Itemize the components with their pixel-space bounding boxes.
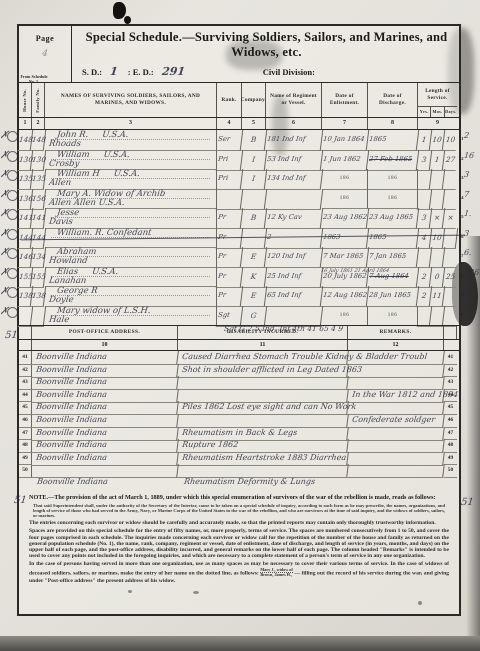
regiment-value: 181 Ind Inf [265,130,324,151]
district-line: S. D.: 1 : E. D.: 291 Civil Division: [82,65,451,77]
post-office-address: Boonville Indiana [31,414,179,428]
stamp-circle [7,248,18,259]
stamp-circle [7,190,18,201]
remarks-value [347,376,445,390]
widow-example: Mary J., widow of Brown, James H., [260,568,292,578]
scan-edge-shadow [466,236,480,646]
page-label: Page [36,34,54,43]
col-header-address: POST-OFFICE ADDRESS. [32,326,178,339]
rank-value: Pri [216,150,244,171]
enlistment-value: 1863 [321,228,370,249]
post-office-address: Boonville Indiana [31,376,179,390]
upper-col-number-3: 3 [45,118,217,129]
row-number-right: 49 [444,452,457,466]
discharge-value: 28 Jun 1865 [367,286,420,307]
stamp-circle [7,151,18,162]
company-value: G [241,306,268,327]
table-row-43: 135135William HU.S.A.AllenPriI134 Ind In… [19,169,459,189]
family-number: 156 [31,189,47,210]
disability-incurred: Piles 1862 Lost eye sight and can No Wor… [177,401,349,415]
row-number-left: 43 [19,376,32,390]
enlistment-value: 186 [322,189,368,210]
family-number: 148 [31,130,47,151]
name-line2: Rhoads [48,139,81,149]
lower-table-rows: 41Boonville IndianaCaused Diarrhea Stoma… [19,351,459,477]
right-margin-row-41: 412 [459,128,480,148]
stamp-circle [7,209,18,220]
lower-table-row-43: 43Boonville Indiana43 [19,376,459,389]
name-line2: Allen Allen U.S.A. [48,198,125,208]
company-value: E [241,286,268,307]
stamp-circle [7,229,18,240]
row-number-left: 49 [19,452,32,466]
table-row-48: 155155EliasU.S.A.LanahanPrK25 Ind Inf20 … [19,267,459,287]
footnote-section: NOTE.—The provision of the act of March … [19,491,459,584]
name-cell: William HU.S.A.Allen [45,169,217,190]
name-unit: U.S.A. [103,150,130,160]
left-margin-mark-42: ✗ [0,148,18,168]
right-margin-row-42: 4216 [459,148,480,168]
col-header-names: NAMES OF SURVIVING SOLDIERS, SAILORS, AN… [45,83,217,117]
lower-table-header: POST-OFFICE ADDRESS. DISABILITY INCURRED… [19,325,459,340]
name-cell: Mary widow of L.S.H.Hale [45,306,217,327]
document-title: Special Schedule.—Surviving Soldiers, Sa… [82,30,451,60]
stamp-circle [7,170,18,181]
service-days [443,306,459,327]
service-days [443,169,459,190]
row-number-left: 46 [19,414,32,428]
left-margin-mark-46: ✗ [0,226,18,246]
handwritten-51-lower-right: 51 [460,497,474,508]
lower-table-row-42: 42Boonville IndianaShot in shoulder affl… [19,364,459,377]
lower-col-number-12: 12 [348,340,444,350]
table-row-42: 130130WilliamU.S.A.CrosbyPriI53 Ind Inf1… [19,150,459,170]
extra-handwritten-row: Boonville Indiana Rheumatism Deformity &… [19,477,459,491]
left-margin-marks: ✗✗✗✗✗✗✗✗✗✗ [0,128,18,323]
header-band: Page 4 Special Schedule.—Surviving Soldi… [19,26,459,83]
discharge-value: 186 [368,306,418,327]
left-margin-mark-45: ✗ [0,206,18,226]
margin-note: 3 [463,170,469,179]
col-header-remarks: REMARKS. [348,326,444,339]
margin-note: 7 [463,190,469,199]
table-row-49: 138138George RDoylePrE65 Ind Inf12 Aug 1… [19,286,459,306]
name-line1: WilliamU.S.A. [56,150,130,160]
family-number: 141 [31,208,47,229]
lower-table-row-44: 44Boonville IndianaIn the War 1812 and 1… [19,389,459,402]
service-days: × [443,208,459,229]
lower-corner-left [19,326,32,339]
remarks-value [347,351,445,365]
regiment-value [265,189,324,210]
margin-note: 1. [463,209,472,218]
name-cell: JesseDavis [45,208,217,229]
post-office-address: Boonville Indiana [31,401,179,415]
lower-table-row-50: 5050 [19,464,459,477]
rank-value: Pr [216,286,244,307]
company-value [241,189,268,210]
service-days: 27 [443,150,459,171]
upper-col-number-9: 9 [418,118,457,129]
upper-col-number-1: 1 [19,118,32,129]
remarks-value [347,439,445,453]
sd-label: S. D.: [82,67,102,77]
upper-table-rows: 148148John R.U.S.A.RhoadsSerB181 Ind Inf… [19,130,459,325]
family-number: 155 [31,267,47,288]
upper-col-number-2: 2 [32,118,45,129]
regiment-value: 134 Ind Inf [265,169,324,190]
discharge-value: 186 [368,189,418,210]
col-header-rank: Rank. [217,83,242,117]
stamp-circle [7,307,18,318]
name-line2: Lanahan [48,276,87,286]
enlistment-value: 186 [322,169,368,190]
row-number-left: 44 [19,389,32,403]
company-value: I [241,169,268,190]
row-number-left: 41 [19,351,32,365]
family-number [31,306,47,327]
discharge-value: 186 [368,169,418,190]
enlistment-value: 20 July 186216 July 1861 21 April 1864 [321,267,370,288]
row-number-right: 46 [444,414,457,428]
col-header-family: Family No. [32,83,45,117]
disability-incurred [177,464,349,478]
name-cell: Mary A. Widow of ArchibAllen Allen U.S.A… [45,189,217,210]
name-cell: WilliamU.S.A.Crosby [45,150,217,171]
disability-incurred: Caused Diarrhea Stomach Trouble Kidney &… [177,351,349,365]
upper-col-number-6: 6 [266,118,322,129]
name-line2: Howland [48,256,88,266]
company-value: E [241,247,268,268]
enlistment-value: 186 [322,306,368,327]
lower-table-row-41: 41Boonville IndianaCaused Diarrhea Stoma… [19,351,459,364]
service-days: 25 [443,267,459,288]
service-subheaders: Yrs.Mos.Days. [418,106,457,117]
lower-corner-right [444,326,457,339]
remarks-value [347,464,445,478]
table-row-45: 141141JesseDavisPrB12 Ky Cav23 Aug 18622… [19,208,459,228]
family-number: 130 [31,150,47,171]
rank-value: Pr [216,247,244,268]
rank-value: Sgt [216,306,244,327]
page-number-handwritten: 4 [42,49,49,59]
left-margin-mark-49: ✗ [0,284,18,304]
name-line1: Mary A. Widow of Archib [56,189,166,199]
row-number-right: 48 [444,439,457,453]
service-days [443,247,459,268]
name-line2: Crosby [48,159,80,169]
table-row-41: 148148John R.U.S.A.RhoadsSerB181 Ind Inf… [19,130,459,150]
company-value: B [241,130,268,151]
name-cell: EliasU.S.A.Lanahan [45,267,217,288]
lower-table-row-49: 49Boonville IndianaRheumatism Heartstrok… [19,452,459,465]
handwritten-51-lower-left: 51 [13,495,27,506]
service-days [443,286,459,307]
name-unit: U.S.A. [91,267,118,277]
upper-col-number-4: 4 [217,118,242,129]
rank-value: Pr [216,267,244,288]
ed-value-handwritten: 291 [161,65,186,78]
regiment-value: 120 Ind Inf [265,247,324,268]
note-spaces: Spaces are provided on this special sche… [29,528,449,559]
name-cell: John R.U.S.A.Rhoads [45,130,217,151]
post-office-address: Boonville Indiana [31,439,179,453]
stamp-circle [7,268,18,279]
table-row-44: 136156Mary A. Widow of ArchibAllen Allen… [19,189,459,209]
name-cell: AbrahamHowland [45,247,217,268]
lower-table-row-46: 46Boonville IndianaConfederate soldger46 [19,414,459,427]
discharge-value: 23 Aug 1865 [367,208,420,229]
stamp-circle [7,131,18,142]
col-header-service: Length of Service. Yrs.Mos.Days. [418,83,457,117]
col-header-house: House No. [19,83,32,117]
name-line2: Doyle [48,295,74,305]
lower-col-number-11: 11 [178,340,348,350]
sd-value-handwritten: 1 [109,65,118,78]
lower-num-spacer-right [444,340,457,350]
row-number-left: 47 [19,427,32,441]
row-number-right: 41 [444,351,457,365]
schedule-sheet-frame: Page 4 Special Schedule.—Surviving Soldi… [17,24,461,616]
discharge-value: 1865 [367,130,420,151]
note-intro: NOTE.—The provision of the act of March … [29,494,449,501]
left-margin-mark-41: ✗ [0,128,18,148]
service-days [443,228,459,249]
table-row-50: Mary widow of L.S.H.HaleSgtG186186 [19,306,459,326]
table-row-47: 146134AbrahamHowlandPrE120 Ind Inf7 Mar … [19,247,459,267]
regiment-value: 65 Ind Inf [265,286,324,307]
rank-value: Pri [216,169,244,190]
upper-col-number-8: 8 [368,118,418,129]
name-line1: EliasU.S.A. [56,267,118,277]
lower-col-number-10: 10 [32,340,178,350]
lower-table-row-48: 48Boonville IndianaRupture 186248 [19,439,459,452]
right-margin-row-43: 433 [459,167,480,187]
upper-col-number-7: 7 [322,118,368,129]
name-line1: Mary widow of L.S.H. [56,306,151,316]
ink-blot-top-small [124,16,131,24]
extra-row-address: Boonville Indiana [36,477,108,486]
lower-column-numbers: 101112 [19,340,459,351]
family-number: 138 [31,286,47,307]
upper-table-header: From Schedule No. 1. House No. Family No… [19,83,459,118]
name-unit: U.S.A. [102,130,129,140]
enlistment-value: 12 Aug 1862 [321,286,370,307]
disability-incurred: Rupture 1862 [177,439,349,453]
company-value: I [241,150,268,171]
left-margin-mark-47: ✗ [0,245,18,265]
family-number: 144 [31,228,47,249]
name-line2: Allen [48,178,71,188]
handwritten-51-upper-left: 51 [4,330,18,341]
regiment-value: 2 [265,228,324,249]
col-header-discharge: Date of Discharge. [368,83,418,117]
civil-division-label: Civil Division: [263,67,315,77]
name-unit: U.S.A. [113,169,140,179]
lower-num-spacer-left [19,340,32,350]
col-header-regiment: Name of Regiment or Vessel. [266,83,322,117]
enlistment-value: 23 Aug 1862 [321,208,370,229]
col-header-enlistment: Date of Enlistment. [322,83,368,117]
extra-row-disability: Rheumatism Deformity & Lungs [183,477,315,486]
company-value: B [241,208,268,229]
service-sub-0: Yrs. [418,107,431,117]
post-office-address: Boonville Indiana [31,351,179,365]
name-cell: George RDoyle [45,286,217,307]
family-number: 134 [31,247,47,268]
row-number-right: 50 [444,464,457,478]
ed-label: : E. D.: [128,67,154,77]
overflow-handwriting: Sgt G 2 5 Ind, Inf 4th 41 65 4 9 [223,324,343,333]
remarks-value: Confederate soldger [347,414,445,428]
discharge-value: 27 Feb 1865 [367,150,420,171]
right-margin-row-44: 447 [459,187,480,207]
scan-bottom-edge [0,636,480,651]
enlistment-value: 1 Jun 1862 [321,150,370,171]
company-value: K [241,267,268,288]
row-number-left: 48 [19,439,32,453]
family-number: 135 [31,169,47,190]
note-act-text: That said Superintendent shall, under th… [29,503,449,518]
lower-table-row-45: 45Boonville IndianaPiles 1862 Lost eye s… [19,401,459,414]
row-number-left: 45 [19,401,32,415]
row-number-left: 42 [19,364,32,378]
disability-incurred [177,414,349,428]
name-line2: Davis [48,217,73,227]
left-margin-mark-44: ✗ [0,187,18,207]
left-margin-mark-48: ✗ [0,265,18,285]
name-line1: William. R. Confedant [56,228,152,238]
row-number-right: 47 [444,427,457,441]
service-sub-1: Mos. [431,107,444,117]
column-numbers-row: 123456789 [19,118,459,130]
rank-value: Pr [216,208,244,229]
stamp-circle [7,287,18,298]
name-line2: Hale [48,315,69,325]
enlistment-value: 10 Jan 1864 [321,130,370,151]
col-header-company: Company. [242,83,266,117]
note-entries: The entries concerning each survivor or … [29,520,449,526]
title-box: Special Schedule.—Surviving Soldiers, Sa… [72,26,459,82]
rank-value: Ser [216,130,244,151]
discharge-value: 1865 [367,228,420,249]
service-days: 10 [443,130,459,151]
rank-value [216,189,244,210]
scanned-page-background: Page 4 Special Schedule.—Surviving Soldi… [0,0,480,642]
right-margin-row-45: 451. [459,206,480,226]
margin-note: 16 [463,151,474,160]
regiment-value [265,306,324,327]
disability-incurred [177,376,349,390]
row-number-right: 45 [444,401,457,415]
row-number-right: 42 [444,364,457,378]
regiment-value: 12 Ky Cav [265,208,324,229]
service-sub-2: Days. [445,107,457,117]
from-schedule-note: From Schedule No. 1. [17,74,51,84]
left-margin-mark-43: ✗ [0,167,18,187]
remarks-value [347,401,445,415]
service-days [443,189,459,210]
row-number-left: 50 [19,464,32,478]
lower-table-row-47: 47Boonville IndianaRheumatism in Back & … [19,427,459,440]
regiment-value: 53 Ind Inf [265,150,324,171]
table-row-46: 144144William. R. ConfedantPr21863186541… [19,228,459,248]
margin-note: 2 [463,131,469,140]
left-margin-mark-50: ✗ [0,304,18,324]
note-widows: In the case of persons having served in … [29,561,449,584]
post-office-address [31,464,179,478]
row-number-right: 43 [444,376,457,390]
regiment-value: 25 Ind Inf [265,267,324,288]
discharge-value: 7 Aug 1864 [367,267,420,288]
upper-col-number-5: 5 [242,118,266,129]
